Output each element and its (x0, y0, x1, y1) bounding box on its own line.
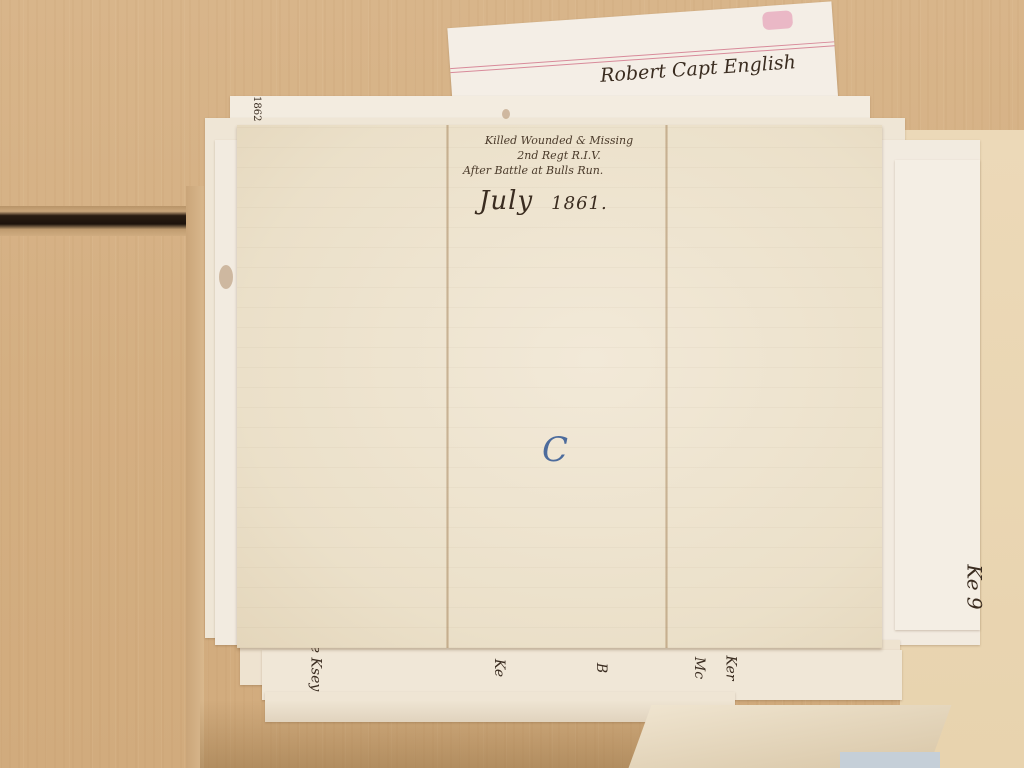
right-fragment: Ke 9 (963, 564, 987, 609)
docket-month: July (479, 186, 533, 216)
docket-year: 1861. (551, 193, 608, 214)
back-sheet-right-edge (895, 160, 980, 630)
table-seam (186, 186, 204, 768)
side-note: 1862 (251, 96, 262, 121)
docket-line-2: 2nd Regt R.I.V. (459, 148, 659, 163)
bottom-fragment: B (593, 663, 609, 673)
main-letter: Killed Wounded & Missing 2nd Regt R.I.V.… (237, 125, 882, 648)
bottom-fragment: e Ksey (307, 645, 323, 692)
blue-folder-edge (840, 752, 940, 768)
bottom-fragment: Ke (491, 659, 507, 677)
bottom-fragment: Mc (691, 657, 707, 679)
docket-line-3: After Battle at Bulls Run. (463, 163, 659, 178)
table-slot (0, 206, 188, 236)
fold-line (446, 125, 449, 648)
docket-date: July1861. (479, 184, 659, 221)
stain (219, 265, 233, 289)
stain (502, 109, 510, 119)
bottom-fragment: Ker (723, 655, 739, 680)
pink-smudge (762, 10, 793, 30)
pencil-mark: C (542, 430, 568, 470)
fold-line (665, 125, 668, 648)
docket: Killed Wounded & Missing 2nd Regt R.I.V.… (459, 133, 659, 221)
docket-line-1: Killed Wounded & Missing (459, 133, 659, 148)
